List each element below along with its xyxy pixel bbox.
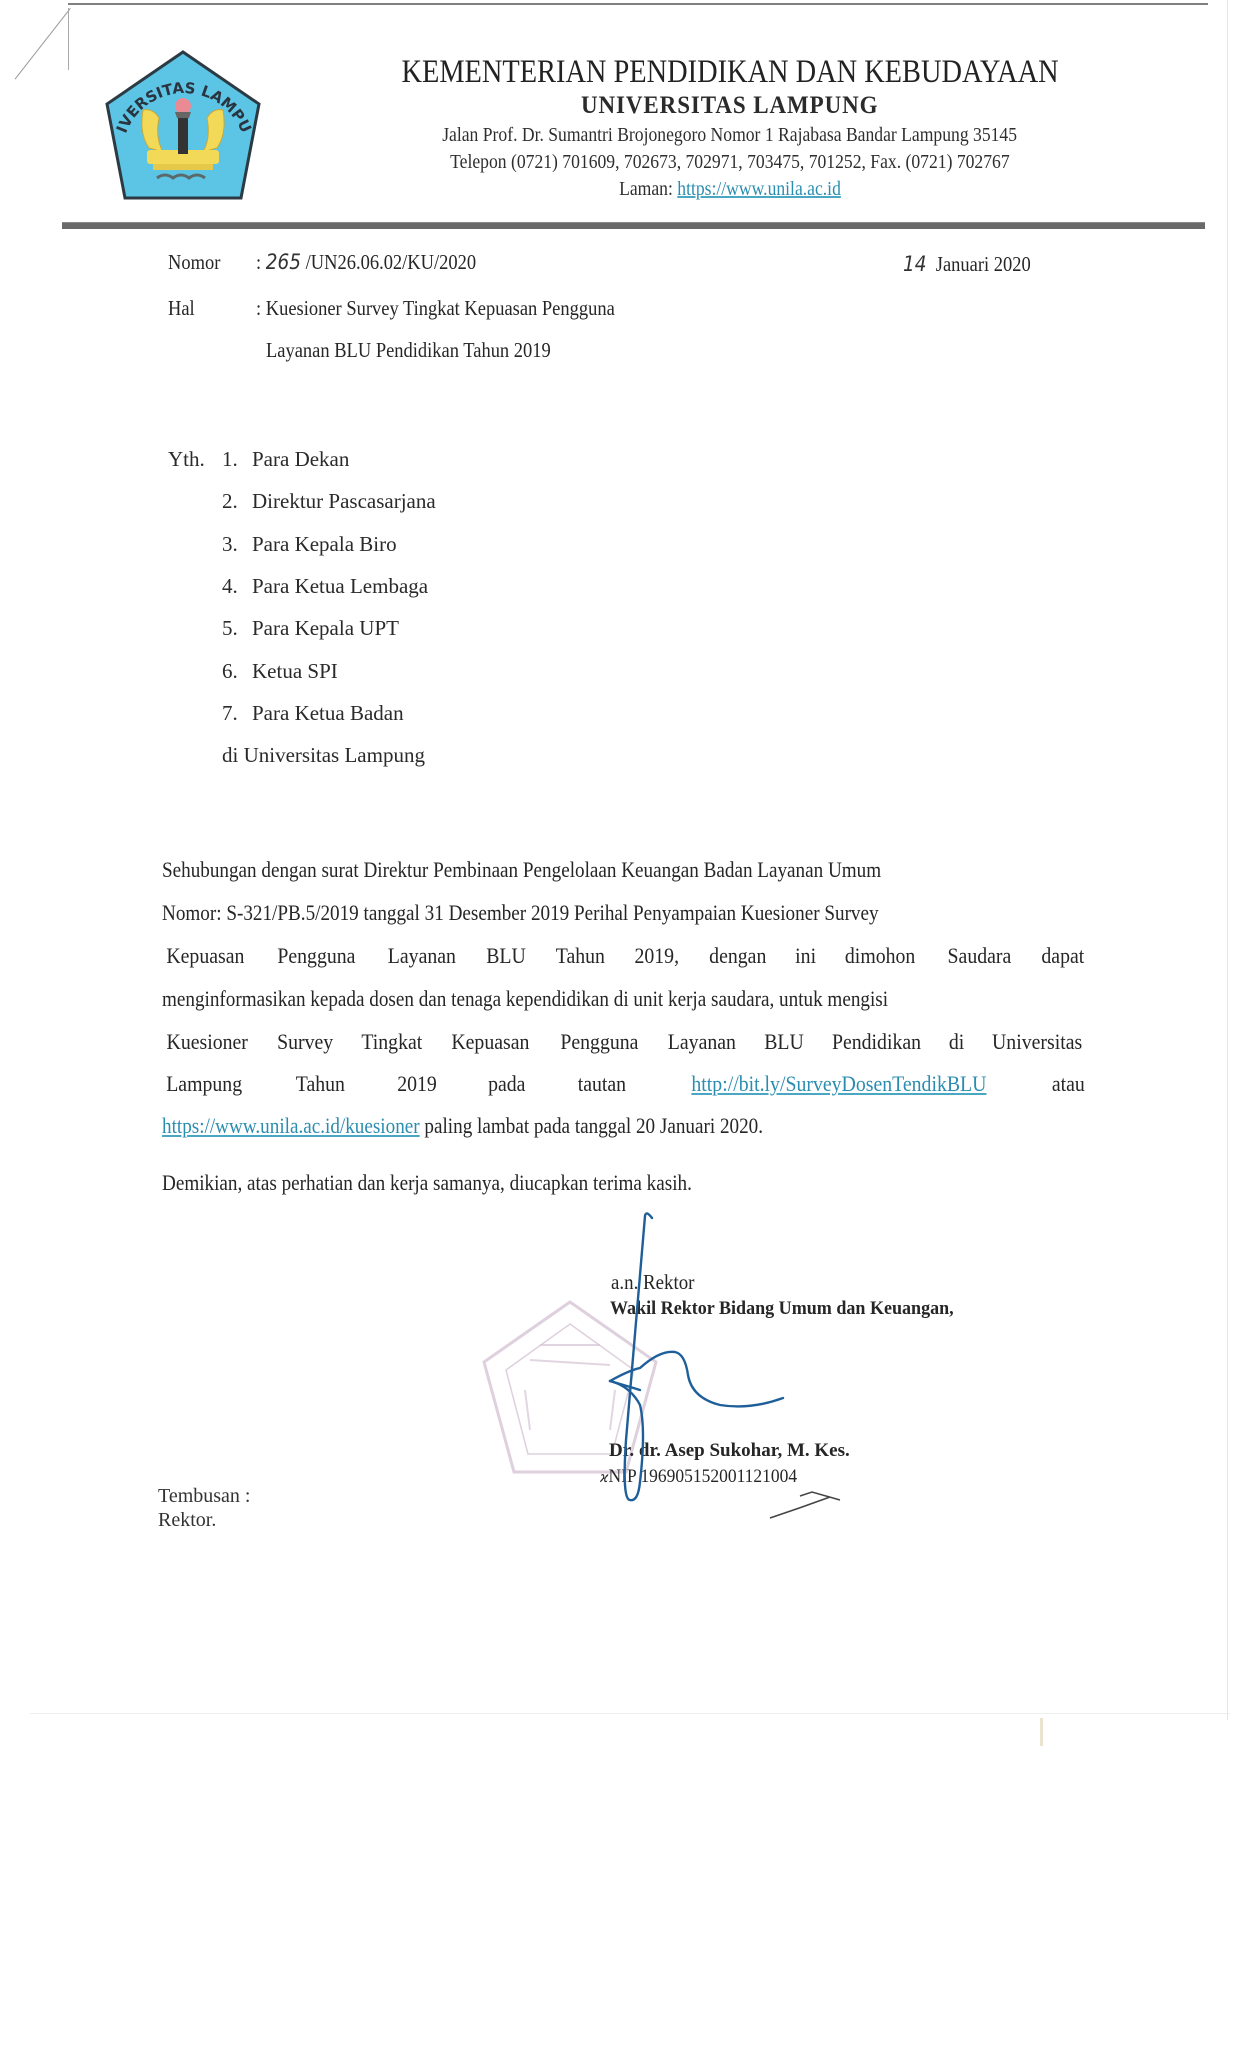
recipient-number: 3.: [222, 532, 252, 557]
recipient-number: 5.: [222, 616, 252, 641]
nomor-value: /UN26.06.02/KU/2020: [306, 250, 476, 274]
recipient-item: 5.Para Kepala UPT: [222, 616, 399, 641]
body-word: Kepuasan: [166, 943, 244, 969]
scan-edge-left: [68, 8, 69, 70]
body-word: ini: [795, 943, 816, 969]
letter-date: 14 Januari 2020: [903, 252, 1048, 277]
website-label: Laman:: [619, 178, 673, 200]
recipient-location: di Universitas Lampung: [222, 743, 425, 768]
body-word: BLU: [764, 1029, 804, 1055]
body-line: KuesionerSurveyTingkatKepuasanPenggunaLa…: [162, 1029, 1087, 1055]
recipient-number: 4.: [222, 574, 252, 599]
scan-edge-top: [68, 3, 1208, 5]
body-line: KepuasanPenggunaLayananBLUTahun2019,deng…: [162, 943, 1087, 969]
recipient-prefix: Yth.: [168, 447, 205, 472]
body-word: Kepuasan: [452, 1029, 530, 1055]
university-name: UNIVERSITAS LAMPUNG: [330, 92, 1130, 120]
body-word: tautan: [577, 1071, 625, 1097]
recipient-number: 2.: [222, 489, 252, 514]
website-link[interactable]: https://www.unila.ac.id: [677, 178, 841, 200]
recipient-item: 3.Para Kepala Biro: [222, 532, 397, 557]
cc-recipient: Rektor.: [158, 1509, 216, 1532]
body-word: Layanan: [388, 943, 456, 969]
recipient-item: 7.Para Ketua Badan: [222, 701, 404, 726]
body-word: dengan: [709, 943, 766, 969]
nomor-label: Nomor: [168, 250, 228, 275]
body-word: dimohon: [845, 943, 915, 969]
phone-line: Telepon (0721) 701609, 702673, 702971, 7…: [330, 151, 1130, 174]
body-line: Nomor: S-321/PB.5/2019 tanggal 31 Desemb…: [162, 900, 1087, 926]
recipient-label: Para Kepala UPT: [252, 616, 399, 640]
body-word: Saudara: [948, 943, 1012, 969]
hal-label: Hal: [168, 296, 198, 321]
body-word: Pendidikan: [832, 1029, 921, 1055]
subject-line-1: : Kuesioner Survey Tingkat Kepuasan Peng…: [256, 296, 664, 321]
recipient-item: 2.Direktur Pascasarjana: [222, 489, 436, 514]
body-word: Universitas: [992, 1029, 1082, 1055]
date-value: Januari 2020: [936, 252, 1031, 276]
body-line: LampungTahun2019padatautanhttp://bit.ly/…: [162, 1071, 1087, 1097]
recipient-label: Ketua SPI: [252, 659, 338, 683]
nomor-field: : 265 /UN26.06.02/KU/2020: [256, 250, 506, 275]
scan-edge-bottom: [30, 1713, 1230, 1714]
body-word: di: [949, 1029, 964, 1055]
recipient-number: 6.: [222, 659, 252, 684]
recipient-item: 1.Para Dekan: [222, 447, 349, 472]
body-line: menginformasikan kepada dosen dan tenaga…: [162, 986, 1087, 1012]
body-word: dapat: [1042, 943, 1085, 969]
recipient-label: Para Ketua Lembaga: [252, 574, 428, 598]
recipient-number: 1.: [222, 447, 252, 472]
scan-edge-right: [1227, 0, 1228, 1720]
body-word: Tahun: [296, 1071, 345, 1097]
ministry-title: KEMENTERIAN PENDIDIKAN DAN KEBUDAYAAN: [330, 54, 1130, 91]
body-word: Layanan: [668, 1029, 736, 1055]
recipient-label: Para Kepala Biro: [252, 532, 397, 556]
body-word: BLU: [487, 943, 527, 969]
body-line: https://www.unila.ac.id/kuesioner paling…: [162, 1113, 1087, 1139]
body-word: Tahun: [556, 943, 605, 969]
scan-mark: [1040, 1718, 1043, 1746]
body-word: atau: [1052, 1071, 1085, 1097]
recipient-number: 7.: [222, 701, 252, 726]
date-handwritten: 14: [903, 252, 927, 276]
recipient-label: Direktur Pascasarjana: [252, 489, 436, 513]
body-line: Sehubungan dengan surat Direktur Pembina…: [162, 857, 1087, 883]
kuesioner-link[interactable]: https://www.unila.ac.id/kuesioner: [162, 1113, 420, 1138]
body-word: Pengguna: [277, 943, 355, 969]
survey-link[interactable]: http://bit.ly/SurveyDosenTendikBLU: [692, 1071, 987, 1097]
body-word: pada: [488, 1071, 525, 1097]
recipient-item: 6.Ketua SPI: [222, 659, 338, 684]
website-line: Laman: https://www.unila.ac.id: [330, 178, 1130, 201]
university-lampung-logo-icon: UNIVERSITAS LAMPUNG: [103, 48, 263, 204]
body-word: Tingkat: [361, 1029, 422, 1055]
letterhead-divider: [62, 222, 1205, 229]
scan-edge-corner: [15, 8, 71, 80]
body-word: 2019,: [634, 943, 679, 969]
body-word: Survey: [277, 1029, 333, 1055]
recipient-label: Para Dekan: [252, 447, 349, 471]
body-word: Pengguna: [560, 1029, 638, 1055]
recipient-item: 4.Para Ketua Lembaga: [222, 574, 428, 599]
recipient-label: Para Ketua Badan: [252, 701, 404, 725]
cc-label: Tembusan :: [158, 1485, 250, 1508]
body-word: Kuesioner: [167, 1029, 248, 1055]
body-word: 2019: [397, 1071, 437, 1097]
body-word: Lampung: [166, 1071, 242, 1097]
nomor-handwritten: 265: [266, 250, 301, 274]
subject-line-2: Layanan BLU Pendidikan Tahun 2019: [266, 338, 590, 363]
closing-line: Demikian, atas perhatian dan kerja saman…: [162, 1170, 1087, 1196]
handwritten-signature-icon: [480, 1200, 1100, 1530]
address-line: Jalan Prof. Dr. Sumantri Brojonegoro Nom…: [330, 124, 1130, 147]
